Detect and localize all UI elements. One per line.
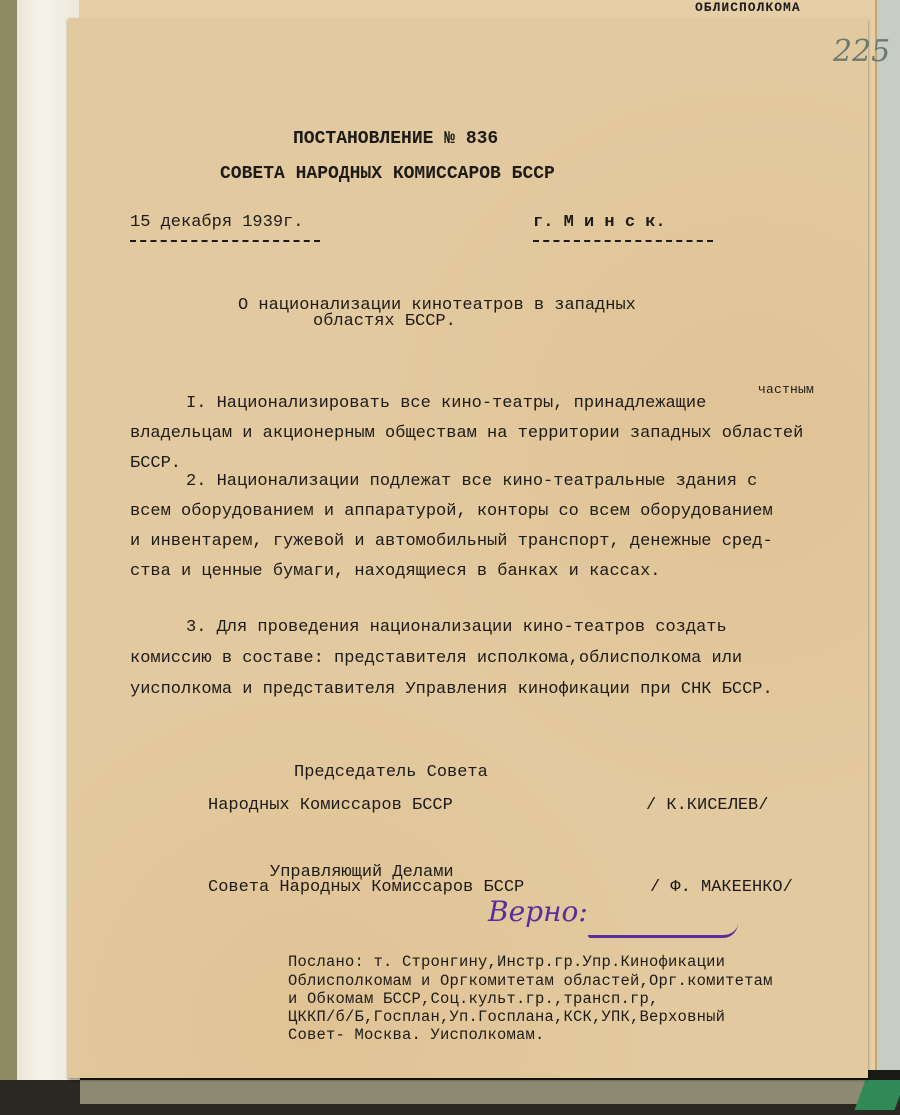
document-page: 225 ПОСТАНОВЛЕНИЕ № 836 СОВЕТА НАРОДНЫХ … xyxy=(68,18,868,1078)
paragraph-line: 3. Для проведения национализации кино-те… xyxy=(186,618,727,637)
header-stamp: ОБЛИСПОЛКОМА xyxy=(695,0,801,15)
handwritten-insertion: частным xyxy=(758,382,814,397)
paragraph-line: уисполкома и представителя Управления ки… xyxy=(130,680,773,699)
subject-line-2: областях БССР. xyxy=(313,312,456,331)
distribution-line: Послано: т. Стронгину,Инстр.гр.Упр.Киноф… xyxy=(288,953,725,971)
decree-place: г. М и н с к. xyxy=(533,213,666,232)
signatory-title: Народных Комиссаров БССР xyxy=(208,796,453,815)
place-underline xyxy=(533,240,713,242)
paragraph-line: всем оборудованием и аппаратурой, контор… xyxy=(130,502,773,521)
distribution-line: ЦККП/б/Б,Госплан,Уп.Госплана,КСК,УПК,Вер… xyxy=(288,1008,725,1026)
signatory-title: Председатель Совета xyxy=(294,763,488,782)
distribution-line: Совет- Москва. Уисполкомам. xyxy=(288,1026,545,1044)
decree-title: ПОСТАНОВЛЕНИЕ № 836 xyxy=(293,129,498,149)
signatory-title: Совета Народных Комиссаров БССР xyxy=(208,878,524,897)
folio-number: 225 xyxy=(833,34,890,69)
paragraph-line: БССР. xyxy=(130,454,181,473)
table-surface xyxy=(80,1080,870,1104)
distribution-line: Облисполкомам и Оргкомитетам областей,Ор… xyxy=(288,972,773,990)
date-underline xyxy=(130,240,320,242)
decree-issuer: СОВЕТА НАРОДНЫХ КОМИССАРОВ БССР xyxy=(220,164,555,184)
paragraph-line: 2. Национализации подлежат все кино-теат… xyxy=(186,472,757,491)
certification-signature: Верно: xyxy=(488,895,588,928)
distribution-line: и Обкомам БССР,Соц.культ.гр.,трансп.гр, xyxy=(288,990,659,1008)
signatory-name: / К.КИСЕЛЕВ/ xyxy=(646,796,768,815)
signatory-name: / Ф. МАКЕЕНКО/ xyxy=(650,878,793,897)
paragraph-line: владельцам и акционерным обществам на те… xyxy=(130,424,803,443)
signature-flourish xyxy=(588,923,738,938)
decree-date: 15 декабря 1939г. xyxy=(130,213,303,232)
bottom-background xyxy=(0,1080,900,1115)
paragraph-line: комиссию в составе: представителя исполк… xyxy=(130,649,742,668)
paragraph-line: ства и ценные бумаги, находящиеся в банк… xyxy=(130,562,661,581)
paragraph-line: и инвентарем, гужевой и автомобильный тр… xyxy=(130,532,773,551)
paragraph-line: I. Национализировать все кино-театры, пр… xyxy=(186,394,706,413)
